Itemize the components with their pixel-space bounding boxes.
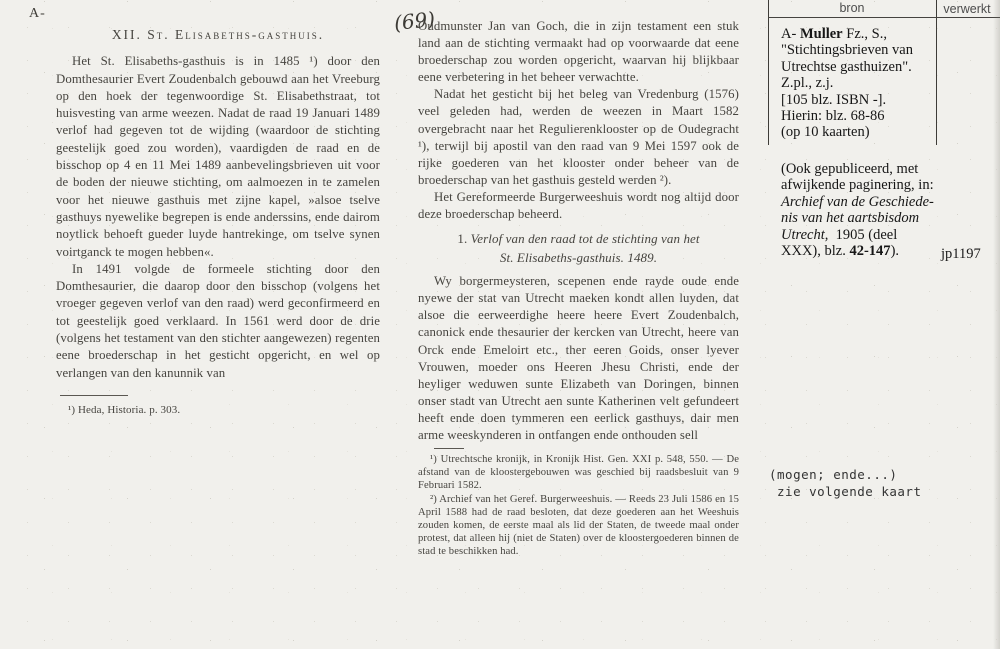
footnote-kronijk: ¹) Utrechtsche kronijk, in Kronijk Hist.…	[418, 453, 739, 493]
publication-note: (Ook gepubliceerd, metafwijkende paginer…	[781, 161, 934, 259]
footnote-rule	[434, 448, 464, 449]
source-column-label: bron	[768, 1, 936, 15]
paragraph-charter: Wy borgermeysteren, scepenen ende rayde …	[418, 273, 739, 444]
scanned-document-page: A- XII. St. Elisabeths-gasthuis. Het St.…	[0, 0, 1000, 649]
paragraph-founding: Het St. Elisabeths-gasthuis is in 1485 ¹…	[56, 53, 380, 261]
footnote-archief: ²) Archief van het Geref. Burgerweeshuis…	[418, 493, 739, 559]
margin-annotation-a: A-	[29, 6, 46, 22]
section-heading: 1. Verlof van den raad tot de stichting …	[418, 230, 739, 267]
footnote-heda: ¹) Heda, Historia. p. 303.	[56, 403, 380, 417]
card-left-border	[768, 0, 769, 145]
bibliographic-entry: A- Muller Fz., S.,"Stichtingsbrieven van…	[781, 26, 913, 141]
processed-column-label: verwerkt	[936, 2, 998, 16]
paragraph-oudmunster: Oudmunster Jan van Goch, die in zijn tes…	[418, 18, 739, 86]
card-column-divider	[936, 0, 937, 145]
scan-edge-shadow	[993, 0, 1000, 649]
card-id-code: jp1197	[941, 246, 981, 263]
middle-column: Oudmunster Jan van Goch, die in zijn tes…	[418, 18, 739, 559]
card-header-rule	[768, 17, 1000, 18]
left-column: XII. St. Elisabeths-gasthuis. Het St. El…	[56, 26, 380, 417]
footnote-rule	[60, 395, 128, 396]
typed-continuation-note: (mogen; ende...) zie volgende kaart	[769, 467, 922, 500]
paragraph-formal-founding: In 1491 volgde de formeele stichting doo…	[56, 261, 380, 382]
paragraph-burgerweeshuis: Het Gereformeerde Burgerweeshuis wordt n…	[418, 189, 739, 223]
chapter-heading: XII. St. Elisabeths-gasthuis.	[56, 26, 380, 43]
paragraph-vredenburg: Nadat het gesticht bij het beleg van Vre…	[418, 86, 739, 189]
